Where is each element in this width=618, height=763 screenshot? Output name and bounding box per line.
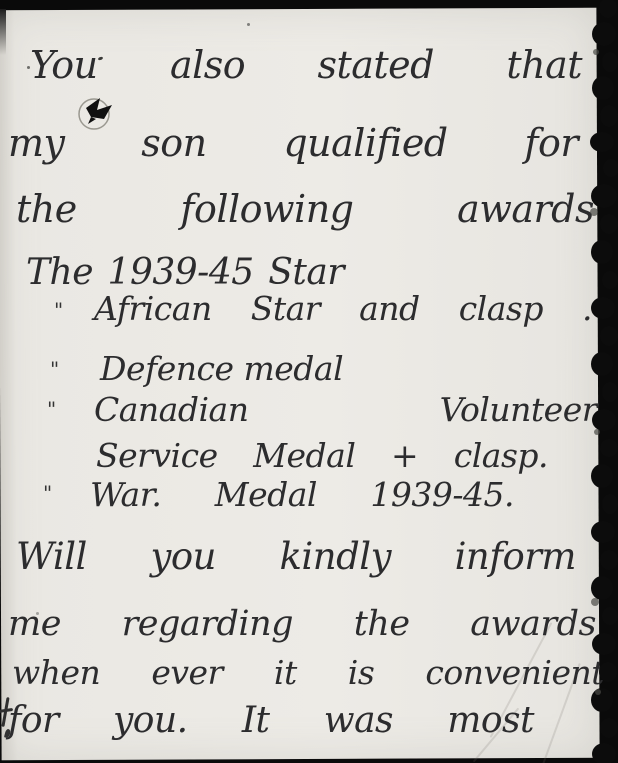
scanned-letter-photo: You also stated that my son qualified fo… xyxy=(0,0,618,763)
handwritten-line: the following awards xyxy=(16,188,594,232)
handwritten-line: Canadian Volunteer xyxy=(94,391,597,429)
handwritten-line: Service Medal + clasp. xyxy=(96,437,548,475)
handwritten-line: You also stated that xyxy=(30,44,582,88)
paper-speck xyxy=(247,23,250,26)
ditto-mark: " xyxy=(50,357,59,381)
ditto-mark: " xyxy=(43,481,52,505)
handwritten-line: The 1939-45 Star xyxy=(26,252,344,293)
paper-speck xyxy=(36,612,39,615)
handwritten-line: for you. It was most xyxy=(8,700,534,741)
paper-speck xyxy=(27,66,30,69)
handwritten-line: War. Medal 1939-45. xyxy=(90,476,514,514)
handwritten-line: Will you kindly inform xyxy=(16,536,576,579)
ink-blot xyxy=(70,88,122,136)
ditto-mark: " xyxy=(47,397,56,421)
handwritten-line: me regarding the awards xyxy=(8,604,596,644)
torn-paper-edge xyxy=(582,0,618,763)
handwritten-line: African Star and clasp . xyxy=(94,290,592,328)
handwritten-line: when ever it is convenient xyxy=(12,654,604,692)
handwritten-line: Defence medal xyxy=(100,350,340,388)
ditto-mark: " xyxy=(54,298,63,322)
stray-mark xyxy=(0,697,18,731)
